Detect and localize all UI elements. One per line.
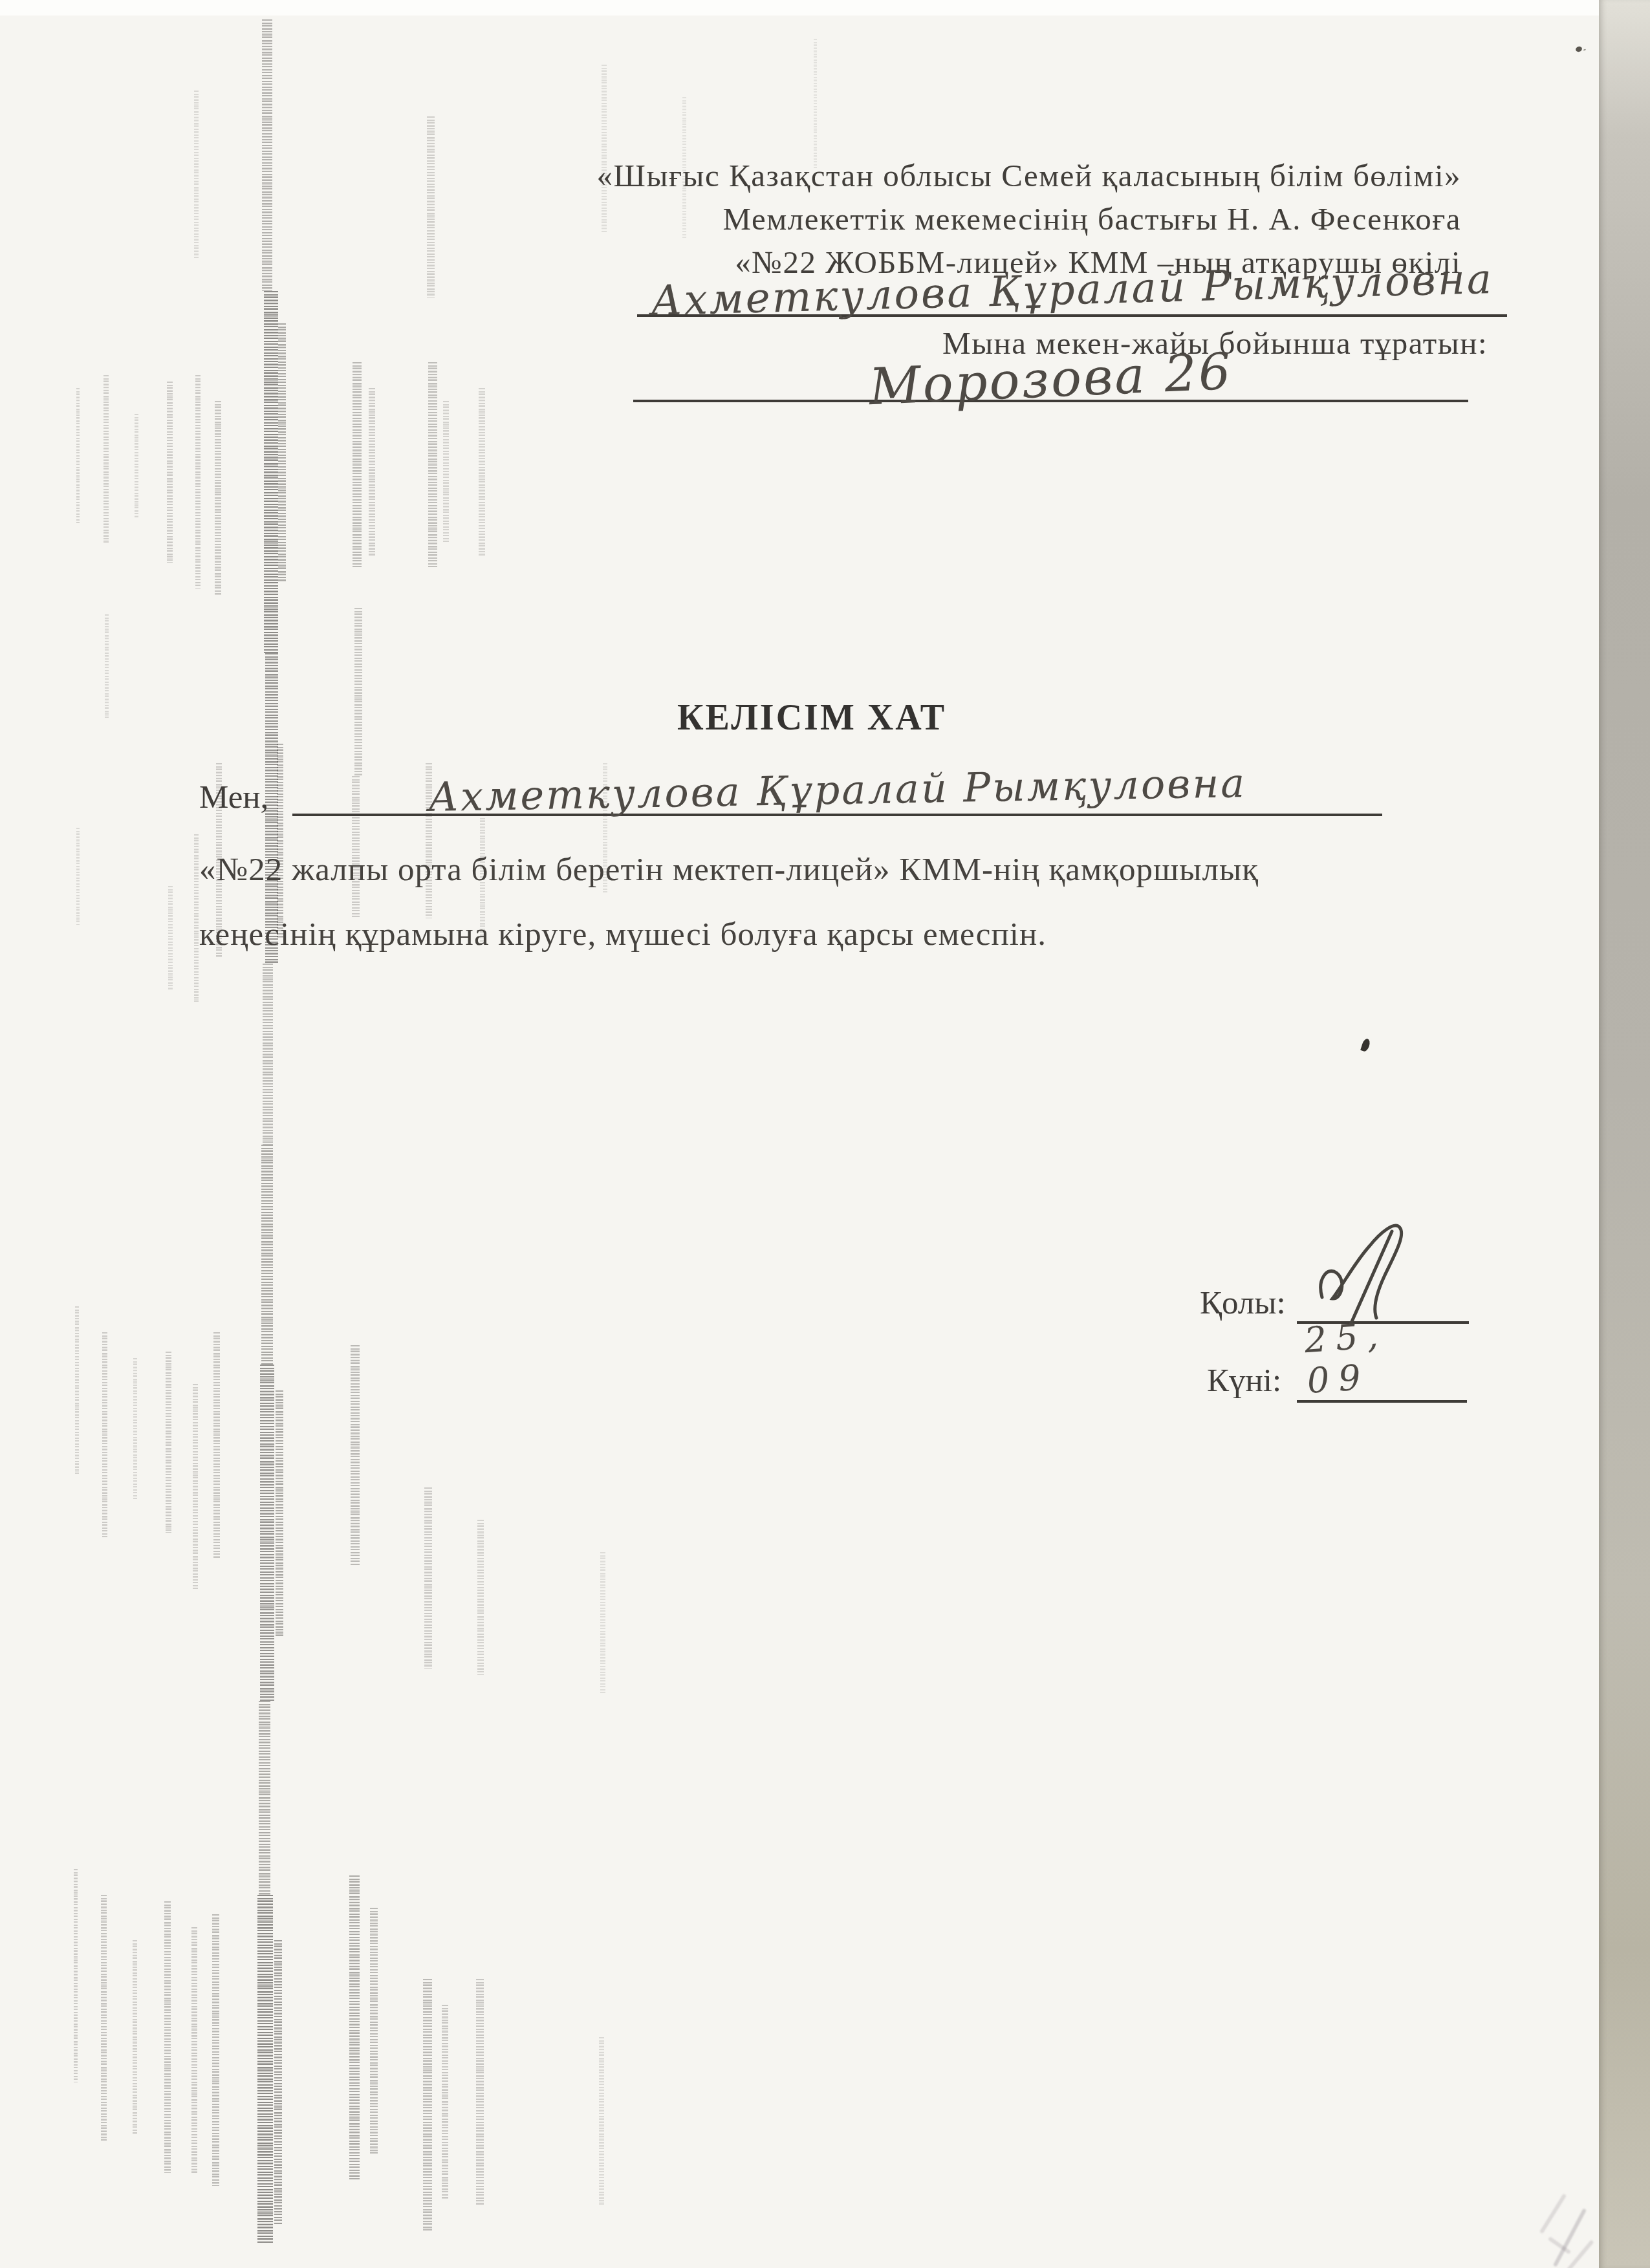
body-line-2: кеңесінің құрамына кіруге, мүшесі болуға… xyxy=(199,916,1047,953)
scanner-edge-band xyxy=(1599,0,1650,2268)
address-handwriting: Морозова 26 xyxy=(868,343,1234,416)
address-field: Морозова 26 xyxy=(633,348,1468,402)
pencil-smudge xyxy=(1566,2240,1594,2268)
scanned-consent-letter: «Шығыс Қазақстан облысы Семей қаласының … xyxy=(0,0,1650,2268)
applicant-name-field: Ахметкулова Құралай Рымқуловна xyxy=(637,257,1507,317)
signature-label: Қолы: xyxy=(1200,1284,1286,1322)
salutation-text: Мен, xyxy=(199,779,268,816)
header-line-1: «Шығыс Қазақстан облысы Семей қаласының … xyxy=(597,154,1461,197)
header-line-2: Мемлекеттік мекемесінің бастығы Н. А. Фе… xyxy=(597,197,1461,241)
scan-top-edge xyxy=(0,0,1650,16)
ink-speck-small xyxy=(1575,46,1583,53)
pencil-smudge xyxy=(1553,2208,1587,2267)
applicant-name-handwriting: Ахметкулова Құралай Рымқуловна xyxy=(650,255,1494,325)
declarant-name-field: Ахметкулова Құралай Рымқуловна xyxy=(292,762,1382,816)
date-label: Күні: xyxy=(1207,1362,1281,1399)
pencil-smudge xyxy=(1539,2194,1567,2234)
date-field: 25, 09 xyxy=(1297,1355,1467,1403)
ink-speck xyxy=(1360,1038,1371,1052)
date-handwriting: 25, 09 xyxy=(1294,1309,1470,1402)
declarant-name-handwriting: Ахметкулова Құралай Рымқуловна xyxy=(428,759,1246,821)
letter-title: КЕЛІСІМ ХАТ xyxy=(0,697,1623,739)
body-line-1: «№22 жалпы орта білім беретін мектеп-лиц… xyxy=(199,851,1259,889)
